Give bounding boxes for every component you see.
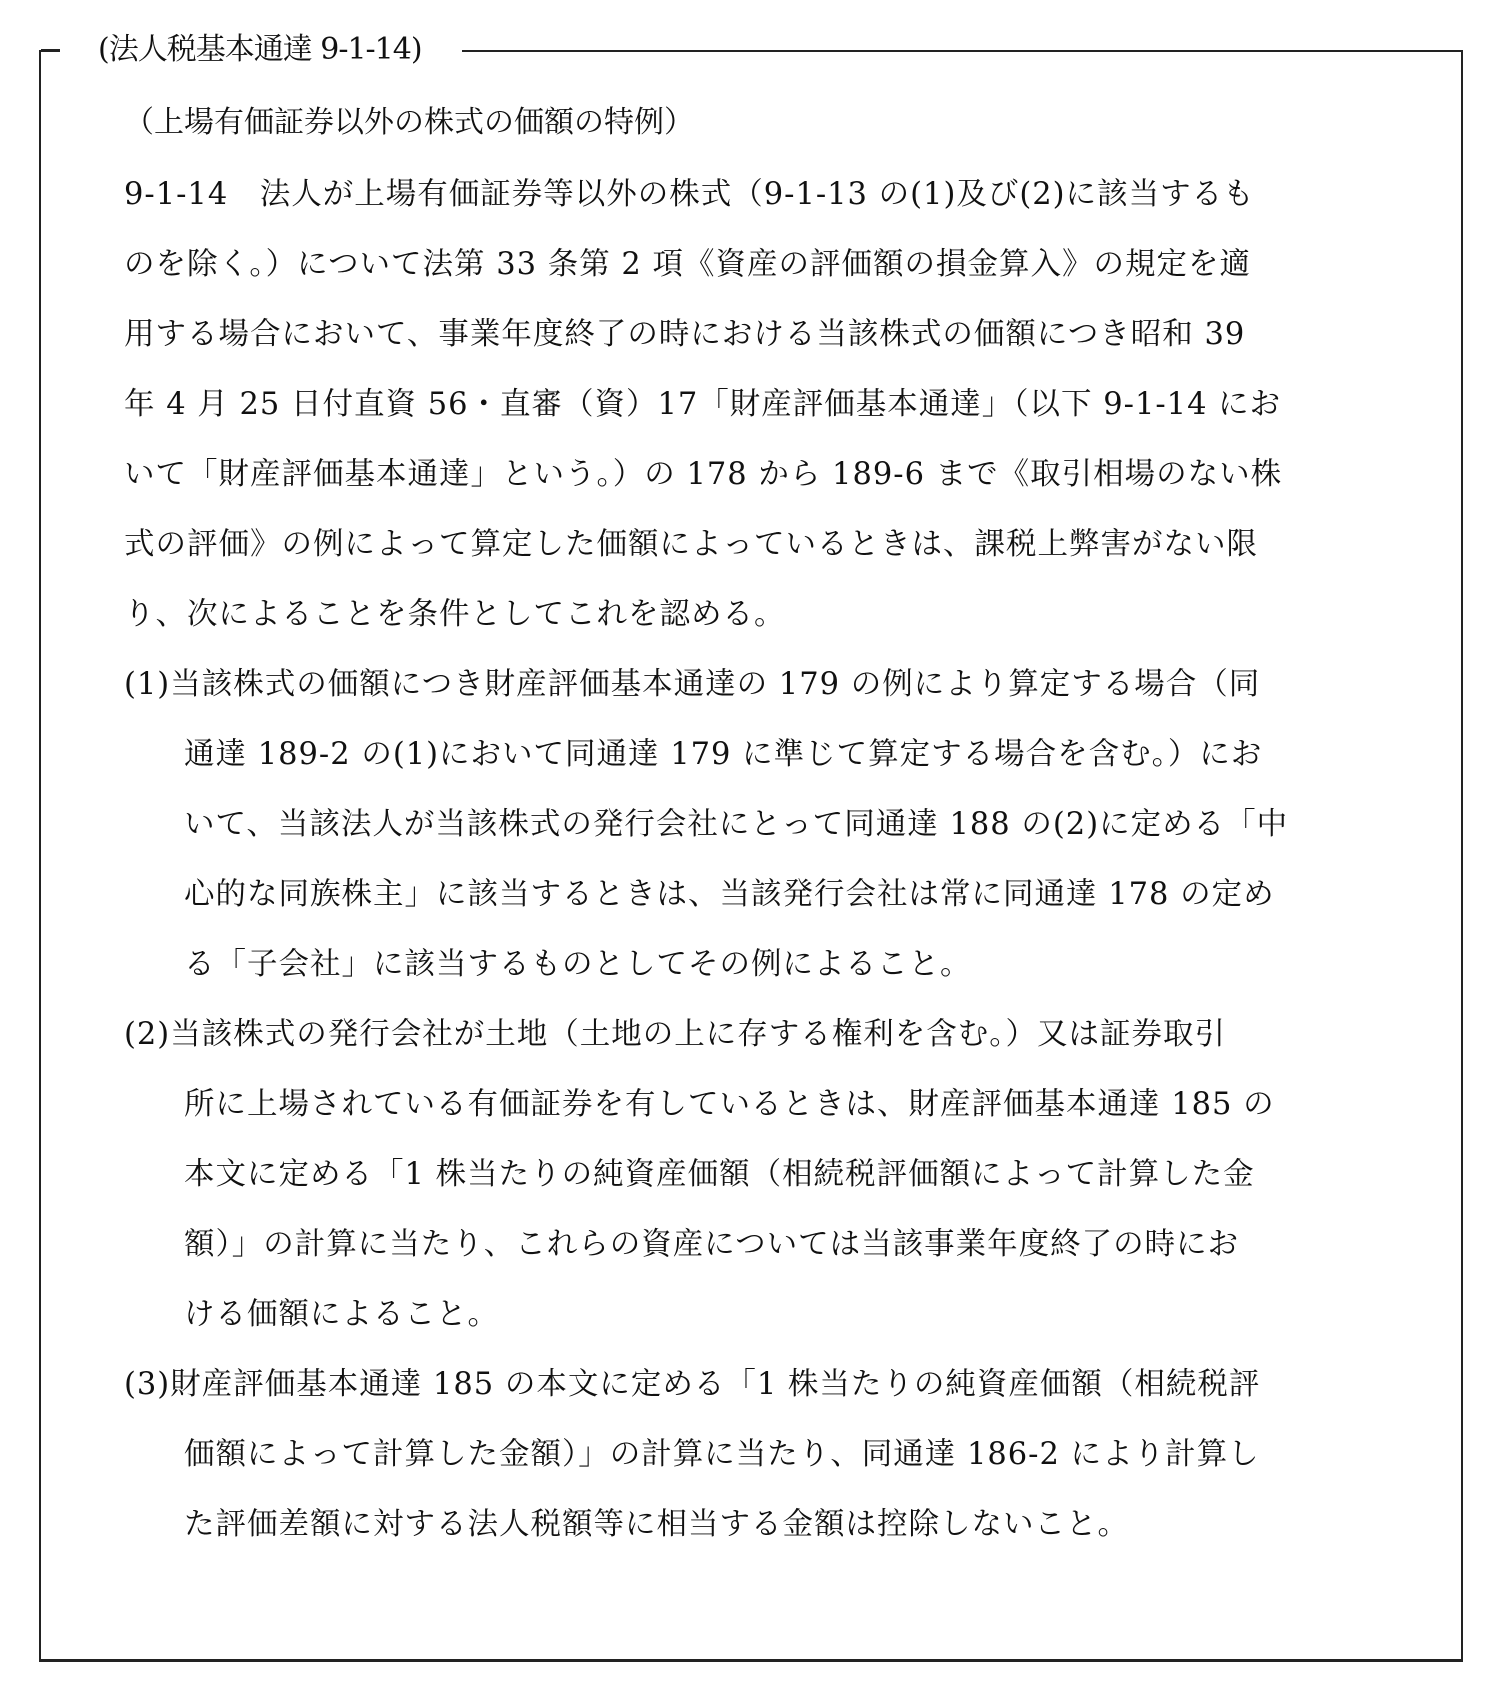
list-item-line: 額）」の計算に当たり、これらの資産については当該事業年度終了の時にお [124, 1210, 1440, 1280]
paragraph-line: のを除く。）について法第 33 条第 2 項《資産の評価額の損金算入》の規定を適 [124, 230, 1440, 300]
section-subtitle: （上場有価証券以外の株式の価額の特例） [124, 98, 1440, 148]
paragraph-line: 用する場合において、事業年度終了の時における当該株式の価額につき昭和 39 [124, 300, 1440, 370]
paragraph-line: いて「財産評価基本通達」という。）の 178 から 189-6 まで《取引相場の… [124, 440, 1440, 510]
list-item-1: (1)当該株式の価額につき財産評価基本通達の 179 の例により算定する場合（同… [124, 650, 1440, 1000]
list-item-line: 通達 189-2 の(1)において同通達 179 に準じて算定する場合を含む。）… [124, 720, 1440, 790]
main-paragraph: 9-1-14 法人が上場有価証券等以外の株式（9-1-13 の(1)及び(2)に… [124, 160, 1440, 650]
list-item-line: いて、当該法人が当該株式の発行会社にとって同通達 188 の(2)に定める「中 [124, 790, 1440, 860]
paragraph-line: 年 4 月 25 日付直資 56・直審（資）17「財産評価基本通達」（以下 9-… [124, 370, 1440, 440]
document-content: （上場有価証券以外の株式の価額の特例） 9-1-14 法人が上場有価証券等以外の… [124, 98, 1440, 1560]
list-item-2: (2)当該株式の発行会社が土地（土地の上に存する権利を含む。）又は証券取引 所に… [124, 1000, 1440, 1350]
list-item-text: 財産評価基本通達 185 の本文に定める「1 株当たりの純資産価額（相続税評 [170, 1367, 1260, 1402]
paragraph-line: り、次によることを条件としてこれを認める。 [124, 580, 1440, 650]
list-item-line: 所に上場されている有価証券を有しているときは、財産評価基本通達 185 の [124, 1070, 1440, 1140]
list-item-line: る「子会社」に該当するものとしてその例によること。 [124, 930, 1440, 1000]
paragraph-line: 9-1-14 法人が上場有価証券等以外の株式（9-1-13 の(1)及び(2)に… [124, 160, 1440, 230]
list-item-3: (3)財産評価基本通達 185 の本文に定める「1 株当たりの純資産価額（相続税… [124, 1350, 1440, 1560]
list-item-line: (1)当該株式の価額につき財産評価基本通達の 179 の例により算定する場合（同 [124, 650, 1440, 720]
list-item-text: 当該株式の発行会社が土地（土地の上に存する権利を含む。）又は証券取引 [170, 1017, 1226, 1052]
list-item-line: 心的な同族株主」に該当するときは、当該発行会社は常に同通達 178 の定め [124, 860, 1440, 930]
list-item-line: た評価差額に対する法人税額等に相当する金額は控除しないこと。 [124, 1490, 1440, 1560]
list-item-line: (3)財産評価基本通達 185 の本文に定める「1 株当たりの純資産価額（相続税… [124, 1350, 1440, 1420]
list-item-line: ける価額によること。 [124, 1280, 1440, 1350]
list-item-line: 本文に定める「1 株当たりの純資産価額（相続税評価額によって計算した金 [124, 1140, 1440, 1210]
list-item-line: 価額によって計算した金額）」の計算に当たり、同通達 186-2 により計算し [124, 1420, 1440, 1490]
list-item-line: (2)当該株式の発行会社が土地（土地の上に存する権利を含む。）又は証券取引 [124, 1000, 1440, 1070]
list-item-text: 当該株式の価額につき財産評価基本通達の 179 の例により算定する場合（同 [170, 667, 1260, 702]
frame-title: (法人税基本通達 9-1-14) [60, 26, 462, 74]
paragraph-line: 式の評価》の例によって算定した価額によっているときは、課税上弊害がない限 [124, 510, 1440, 580]
list-item-label: (3) [124, 1367, 170, 1402]
list-item-label: (2) [124, 1017, 170, 1052]
list-item-label: (1) [124, 667, 170, 702]
